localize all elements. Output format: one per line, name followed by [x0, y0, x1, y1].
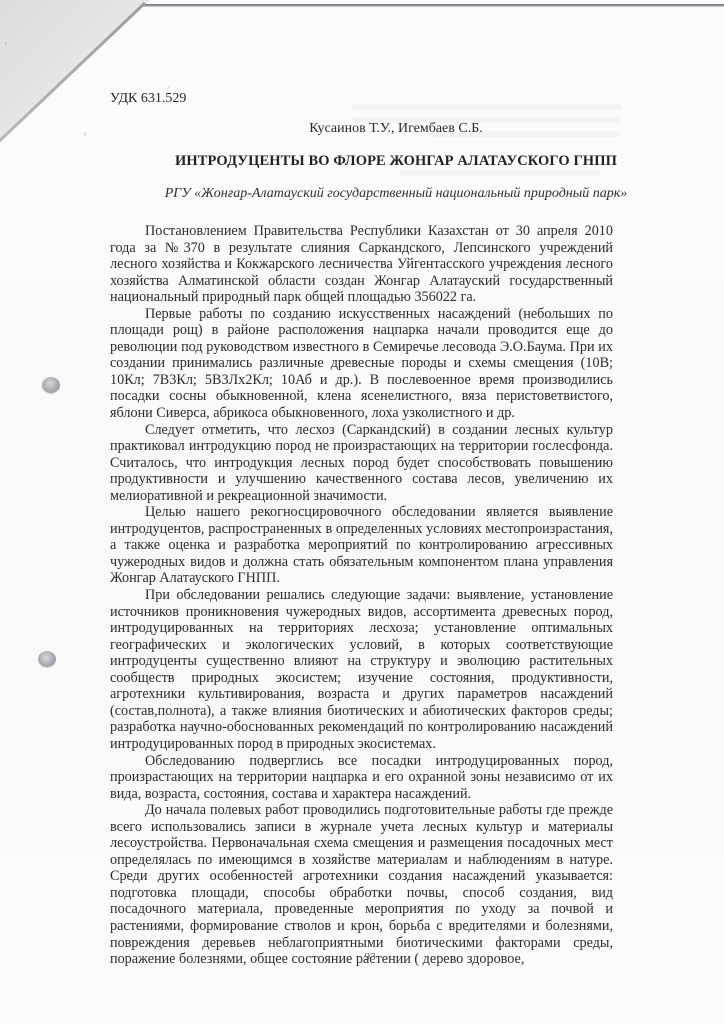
authors: Кусаинов Т.У., Игембаев С.Б.: [0, 121, 724, 137]
paragraph: Обследованию подверглись все посадки инт…: [110, 753, 613, 803]
article-body: Постановлением Правительства Республики …: [110, 223, 613, 968]
punch-hole-icon: [38, 651, 56, 667]
page-number: 93: [0, 951, 724, 963]
udk-code: УДК 631.529: [110, 91, 186, 107]
paragraph: Первые работы по созданию искусственных …: [110, 306, 613, 422]
paragraph: При обследовании решались следующие зада…: [110, 587, 613, 752]
article-title: ИНТРОДУЦЕНТЫ ВО ФЛОРЕ ЖОНГАР АЛАТАУСКОГО…: [0, 153, 724, 170]
show-through-bleed: [352, 104, 622, 110]
show-through-bleed: [400, 170, 600, 176]
paragraph: До начала полевых работ проводились подг…: [110, 802, 613, 967]
paragraph: Следует отметить, что лесхоз (Саркандски…: [110, 422, 613, 505]
scanned-page: УДК 631.529 Кусаинов Т.У., Игембаев С.Б.…: [0, 0, 724, 1024]
dust-speck: [168, 86, 170, 88]
paragraph: Целью нашего рекогносцировочного обследо…: [110, 504, 613, 587]
dust-speck: [5, 42, 7, 45]
punch-hole-icon: [42, 377, 60, 393]
affiliation: РГУ «Жонғар-Алатауский государственный н…: [0, 186, 724, 202]
paragraph: Постановлением Правительства Республики …: [110, 223, 613, 306]
